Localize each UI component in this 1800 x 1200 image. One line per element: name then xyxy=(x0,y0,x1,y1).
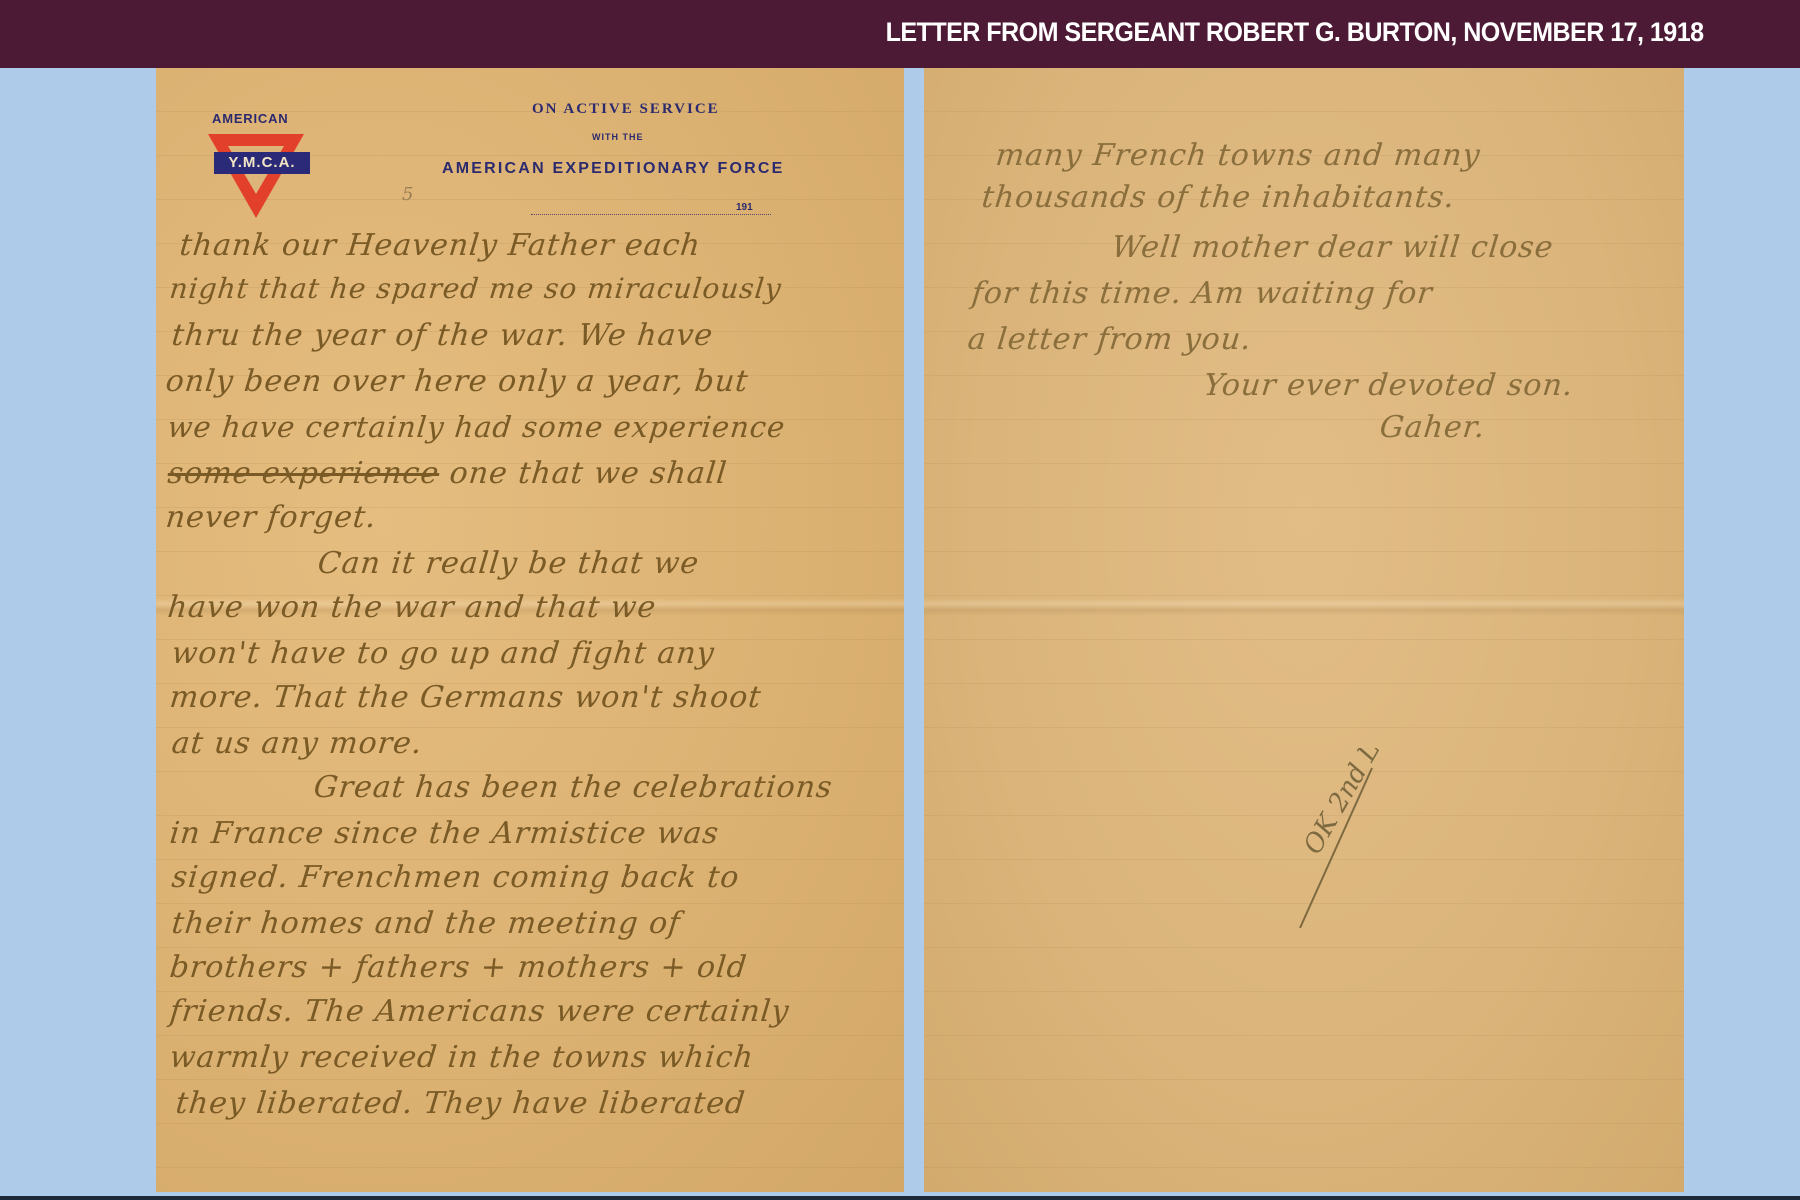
letter-page-left: AMERICAN Y.M.C.A. ON ACTIVE SERVICE WITH… xyxy=(156,68,904,1192)
letterhead-with-the: WITH THE xyxy=(592,132,644,142)
page-number: 5 xyxy=(402,184,413,205)
handwritten-line: their homes and the meeting of xyxy=(170,906,682,941)
handwritten-line: night that he spared me so miraculously xyxy=(168,272,783,305)
letterhead-date-line xyxy=(531,204,771,215)
handwritten-line: thank our Heavenly Father each xyxy=(178,228,703,263)
letterhead-year: 191 xyxy=(736,202,753,213)
handwritten-line: they liberated. They have liberated xyxy=(174,1086,747,1121)
handwritten-line: we have certainly had some experience xyxy=(166,410,787,444)
handwritten-line: for this time. Am waiting for xyxy=(970,276,1435,311)
title-bar: LETTER FROM SERGEANT ROBERT G. BURTON, N… xyxy=(0,0,1800,68)
handwritten-line: more. That the Germans won't shoot xyxy=(168,680,763,715)
handwritten-line: Well mother dear will close xyxy=(1110,230,1555,265)
page-title: LETTER FROM SERGEANT ROBERT G. BURTON, N… xyxy=(886,17,1704,48)
handwritten-line: never forget. xyxy=(164,500,378,535)
bottom-border xyxy=(0,1196,1800,1200)
paper-fold xyxy=(924,598,1684,616)
ymca-logo-text: Y.M.C.A. xyxy=(214,152,310,174)
letterhead-american-label: AMERICAN xyxy=(212,111,288,126)
handwritten-line: thru the year of the war. We have xyxy=(170,318,715,353)
handwritten-line: at us any more. xyxy=(170,726,424,761)
letterhead-aef: AMERICAN EXPEDITIONARY FORCE xyxy=(442,160,785,178)
handwritten-line: only been over here only a year, but xyxy=(164,364,750,399)
handwritten-closing: Your ever devoted son. xyxy=(1202,368,1575,403)
handwritten-line: Can it really be that we xyxy=(316,546,701,581)
handwritten-line: won't have to go up and fight any xyxy=(170,636,716,671)
ymca-red-triangle-icon xyxy=(208,132,304,218)
svg-text:OK 2nd Lt.: OK 2nd Lt. xyxy=(1298,748,1396,860)
handwritten-line: some experience one that we shall xyxy=(166,456,729,491)
handwritten-signature: Gaher. xyxy=(1378,410,1487,445)
handwritten-line: friends. The Americans were certainly xyxy=(168,994,791,1029)
letterhead-active-service: ON ACTIVE SERVICE xyxy=(532,101,720,118)
handwritten-line: thousands of the inhabitants. xyxy=(980,180,1457,215)
handwritten-line: many French towns and many xyxy=(994,138,1482,173)
handwritten-line: a letter from you. xyxy=(966,322,1254,357)
letter-page-right: many French towns and many thousands of … xyxy=(924,68,1684,1192)
handwritten-line: Great has been the celebrations xyxy=(312,770,834,805)
handwritten-line: signed. Frenchmen coming back to xyxy=(170,860,741,895)
struck-through-text: some experience xyxy=(166,456,441,491)
handwritten-line: have won the war and that we xyxy=(166,590,658,625)
censor-mark-icon: OK 2nd Lt. xyxy=(1284,748,1434,928)
handwritten-line: in France since the Armistice was xyxy=(168,816,721,851)
handwritten-line: brothers + fathers + mothers + old xyxy=(168,950,749,985)
handwritten-line: warmly received in the towns which xyxy=(168,1040,756,1075)
